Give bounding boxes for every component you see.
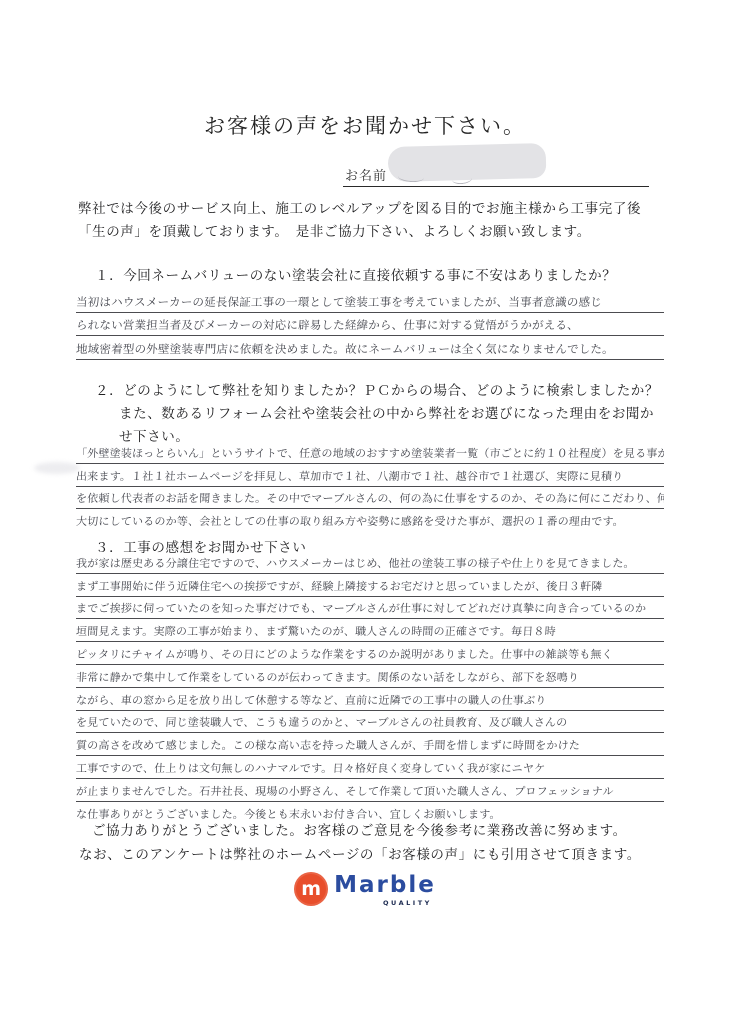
question-1-label: １．今回ネームバリューのない塗装会社に直接依頼する事に不安はありましたか？ xyxy=(95,264,616,284)
handwritten-text: 質の高さを改めて感じました。この様な高い志を持った職人さんが、手間を惜しまずに時… xyxy=(76,737,580,755)
answer-line: 工事ですので、仕上りは文句無しのハナマルです。日々格好良く変身していく我が家にニ… xyxy=(76,756,664,779)
handwritten-text: 非常に静かで集中して作業をしているのが伝わってきます。関係のない話をしながら、部… xyxy=(76,669,579,687)
handwritten-text: を依頼し代表者のお話を聞きました。その中でマーブルさんの、何の為に仕事をするのか… xyxy=(76,490,664,508)
handwritten-text: 垣間見えます。実際の工事が始まり、まず驚いたのが、職人さんの時間の正確さです。毎… xyxy=(76,623,556,641)
answer-line: まず工事開始に伴う近隣住宅への挨拶ですが、経験上隣接するお宅だけと思っていました… xyxy=(76,574,664,597)
answer-line: られない営業担当者及びメーカーの対応に辟易した経緯から、仕事に対する覚悟がうかが… xyxy=(76,313,664,337)
handwritten-text: 当初はハウスメーカーの延長保証工事の一環として塗装工事を考えていましたが、当事者… xyxy=(76,294,602,312)
question-2-label: また、数あるリフォーム会社や塗装会社の中から弊社をお選びになった理由をお聞か xyxy=(119,402,654,422)
marble-logo-mark-icon: m xyxy=(294,872,328,906)
answer-line: 非常に静かで集中して作業をしているのが伝わってきます。関係のない話をしながら、部… xyxy=(76,665,664,688)
question-2-label: ２．どのようにして弊社を知りましたか？ＰＣからの場合、どのように検索しましたか？ xyxy=(95,379,659,399)
closing-line: なお、このアンケートは弊社のホームページの「お客様の声」にも引用させて頂きます。 xyxy=(79,843,641,863)
company-logo: m Marble QUALITY xyxy=(0,872,730,907)
handwritten-text: 大切にしているのか等、会社としての仕事の取り組み方や姿勢に感銘を受けた事が、選択… xyxy=(76,513,624,531)
answer-line: ながら、車の窓から足を放り出して休憩する等など、直前に近隣での工事中の職人の仕事… xyxy=(76,688,664,711)
answer-line: 当初はハウスメーカーの延長保証工事の一環として塗装工事を考えていましたが、当事者… xyxy=(76,289,664,313)
page-title: お客様の声をお聞かせ下さい。 xyxy=(0,110,730,140)
logo-brand-name: Marble xyxy=(334,874,436,897)
handwritten-text: 「外壁塗装ほっとらいん」というサイトで、任意の地域のおすすめ塗装業者一覧（市ごと… xyxy=(76,445,664,463)
answer-line: 垣間見えます。実際の工事が始まり、まず驚いたのが、職人さんの時間の正確さです。毎… xyxy=(76,619,664,642)
closing-line: ご協力ありがとうございました。お客様のご意見を今後参考に業務改善に努めます。 xyxy=(92,819,627,839)
question-3-answer: 我が家は歴史ある分譲住宅ですので、ハウスメーカーはじめ、他社の塗装工事の様子や仕… xyxy=(76,551,664,824)
handwritten-text: を見ていたので、同じ塗装職人で、こうも違うのかと、マーブルさんの社員教育、及び職… xyxy=(76,714,568,732)
answer-line: 質の高さを改めて感じました。この様な高い志を持った職人さんが、手間を惜しまずに時… xyxy=(76,733,664,756)
intro-line: 弊社では今後のサービス向上、施工のレベルアップを図る目的でお施主様から工事完了後 xyxy=(78,197,641,217)
intro-line: 「生の声」を頂戴しております。 是非ご協力下さい、よろしくお願い致します。 xyxy=(78,220,591,240)
answer-line: が止まりませんでした。石井社長、現場の小野さん、そして作業して頂いた職人さん、プ… xyxy=(76,779,664,802)
name-label: お名前 xyxy=(345,165,387,184)
answer-line: を見ていたので、同じ塗装職人で、こうも違うのかと、マーブルさんの社員教育、及び職… xyxy=(76,711,664,734)
answer-line: を依頼し代表者のお話を聞きました。その中でマーブルさんの、何の為に仕事をするのか… xyxy=(76,487,664,510)
scan-smudge xyxy=(34,462,80,474)
answer-line: 「外壁塗装ほっとらいん」というサイトで、任意の地域のおすすめ塗装業者一覧（市ごと… xyxy=(76,441,664,464)
handwritten-text: 地域密着型の外壁塗装専門店に依頼を決めました。故にネームバリューは全く気になりま… xyxy=(76,341,614,359)
answer-line: 大切にしているのか等、会社としての仕事の取り組み方や姿勢に感銘を受けた事が、選択… xyxy=(76,509,664,531)
handwritten-text: 出来ます。１社１社ホームページを拝見し、草加市で１社、八潮市で１社、越谷市で１社… xyxy=(76,468,624,486)
answer-line: 地域密着型の外壁塗装専門店に依頼を決めました。故にネームバリューは全く気になりま… xyxy=(76,336,664,360)
handwritten-text: ながら、車の窓から足を放り出して休憩する等など、直前に近隣での工事中の職人の仕事… xyxy=(76,692,547,710)
handwritten-text: までご挨拶に伺っていたのを知った事だけでも、マーブルさんが仕事に対してどれだけ真… xyxy=(76,600,647,618)
answer-line: 我が家は歴史ある分譲住宅ですので、ハウスメーカーはじめ、他社の塗装工事の様子や仕… xyxy=(76,551,664,574)
question-2-answer: 「外壁塗装ほっとらいん」というサイトで、任意の地域のおすすめ塗装業者一覧（市ごと… xyxy=(76,441,664,531)
answer-line: 出来ます。１社１社ホームページを拝見し、草加市で１社、八潮市で１社、越谷市で１社… xyxy=(76,464,664,487)
handwritten-text: られない営業担当者及びメーカーの対応に辟易した経緯から、仕事に対する覚悟がうかが… xyxy=(76,317,579,335)
handwritten-text: が止まりませんでした。石井社長、現場の小野さん、そして作業して頂いた職人さん、プ… xyxy=(76,783,614,801)
scanned-questionnaire-page: お客様の声をお聞かせ下さい。 お名前 弊社では今後のサービス向上、施工のレベルア… xyxy=(0,0,730,1032)
answer-line: ピッタリにチャイムが鳴り、その日にどのような作業をするのか説明がありました。仕事… xyxy=(76,642,664,665)
handwritten-text: まず工事開始に伴う近隣住宅への挨拶ですが、経験上隣接するお宅だけと思っていました… xyxy=(76,578,603,596)
logo-text: Marble QUALITY xyxy=(334,874,436,907)
handwritten-text: 工事ですので、仕上りは文句無しのハナマルです。日々格好良く変身していく我が家にニ… xyxy=(76,760,546,778)
handwritten-text: 我が家は歴史ある分譲住宅ですので、ハウスメーカーはじめ、他社の塗装工事の様子や仕… xyxy=(76,555,635,573)
answer-line: までご挨拶に伺っていたのを知った事だけでも、マーブルさんが仕事に対してどれだけ真… xyxy=(76,597,664,620)
handwritten-text: ピッタリにチャイムが鳴り、その日にどのような作業をするのか説明がありました。仕事… xyxy=(76,646,613,664)
logo-tagline: QUALITY xyxy=(383,899,432,907)
question-1-answer: 当初はハウスメーカーの延長保証工事の一環として塗装工事を考えていましたが、当事者… xyxy=(76,289,664,360)
